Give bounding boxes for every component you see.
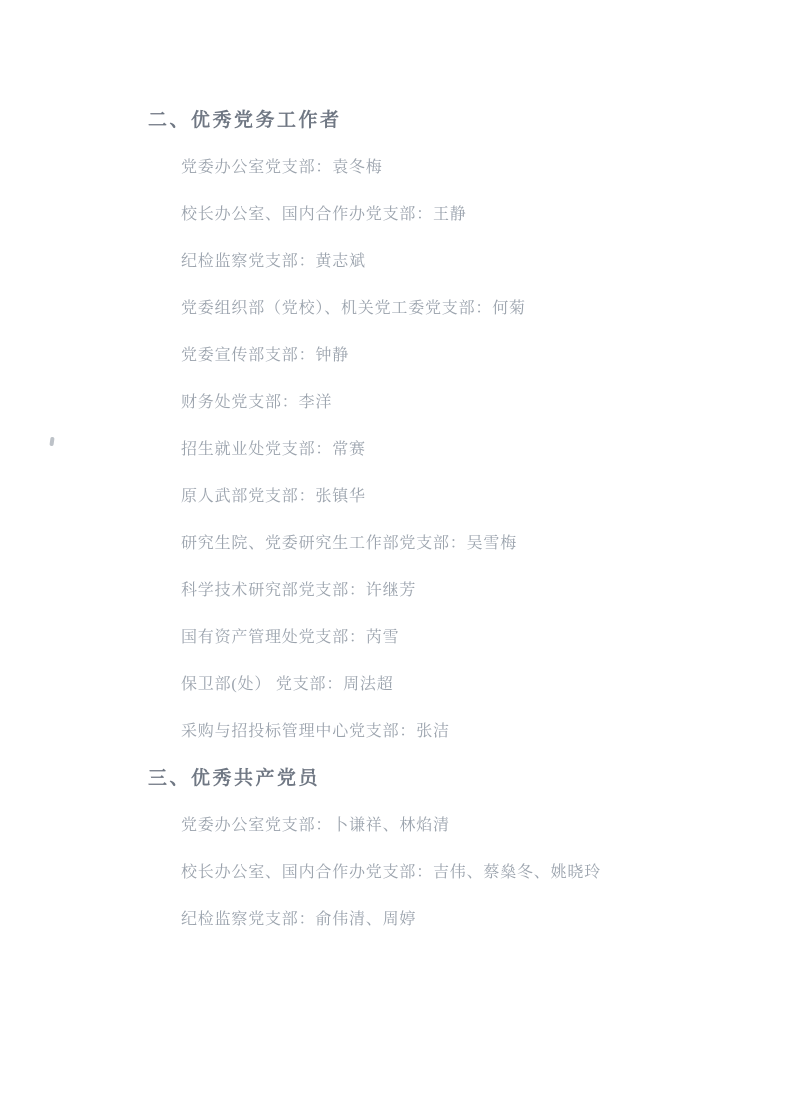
award-list-item: 校长办公室、国内合作办党支部：王静 [181, 191, 799, 238]
award-section: 三、优秀共产党员 党委办公室党支部：卜谦祥、林焰清 校长办公室、国内合作办党支部… [0, 755, 799, 943]
award-list-item: 招生就业处党支部：常赛 [181, 426, 799, 473]
award-list-item: 原人武部党支部：张镇华 [181, 473, 799, 520]
award-list-item: 纪检监察党支部：黄志斌 [181, 238, 799, 285]
award-list-item: 科学技术研究部党支部：许继芳 [181, 567, 799, 614]
award-list-item: 纪检监察党支部：俞伟清、周婷 [181, 896, 799, 943]
award-section: 二、优秀党务工作者 党委办公室党支部：袁冬梅 校长办公室、国内合作办党支部：王静… [0, 97, 799, 755]
award-list-item: 党委办公室党支部：卜谦祥、林焰清 [181, 802, 799, 849]
award-list-item: 保卫部(处） 党支部：周法超 [181, 661, 799, 708]
scanned-document-page: 二、优秀党务工作者 党委办公室党支部：袁冬梅 校长办公室、国内合作办党支部：王静… [0, 0, 799, 1098]
award-list-item: 研究生院、党委研究生工作部党支部：吴雪梅 [181, 520, 799, 567]
award-list-item: 财务处党支部：李洋 [181, 379, 799, 426]
award-list-item: 国有资产管理处党支部：芮雪 [181, 614, 799, 661]
section-heading: 三、优秀共产党员 [148, 755, 799, 802]
award-list-item: 党委组织部（党校）、机关党工委党支部：何菊 [181, 285, 799, 332]
section-heading: 二、优秀党务工作者 [148, 97, 799, 144]
award-list-item: 党委宣传部支部：钟静 [181, 332, 799, 379]
award-list-item: 采购与招投标管理中心党支部：张洁 [181, 708, 799, 755]
award-list-item: 校长办公室、国内合作办党支部：吉伟、蔡燊冬、姚晓玲 [181, 849, 799, 896]
award-list-item: 党委办公室党支部：袁冬梅 [181, 144, 799, 191]
document-content: 二、优秀党务工作者 党委办公室党支部：袁冬梅 校长办公室、国内合作办党支部：王静… [0, 97, 799, 943]
